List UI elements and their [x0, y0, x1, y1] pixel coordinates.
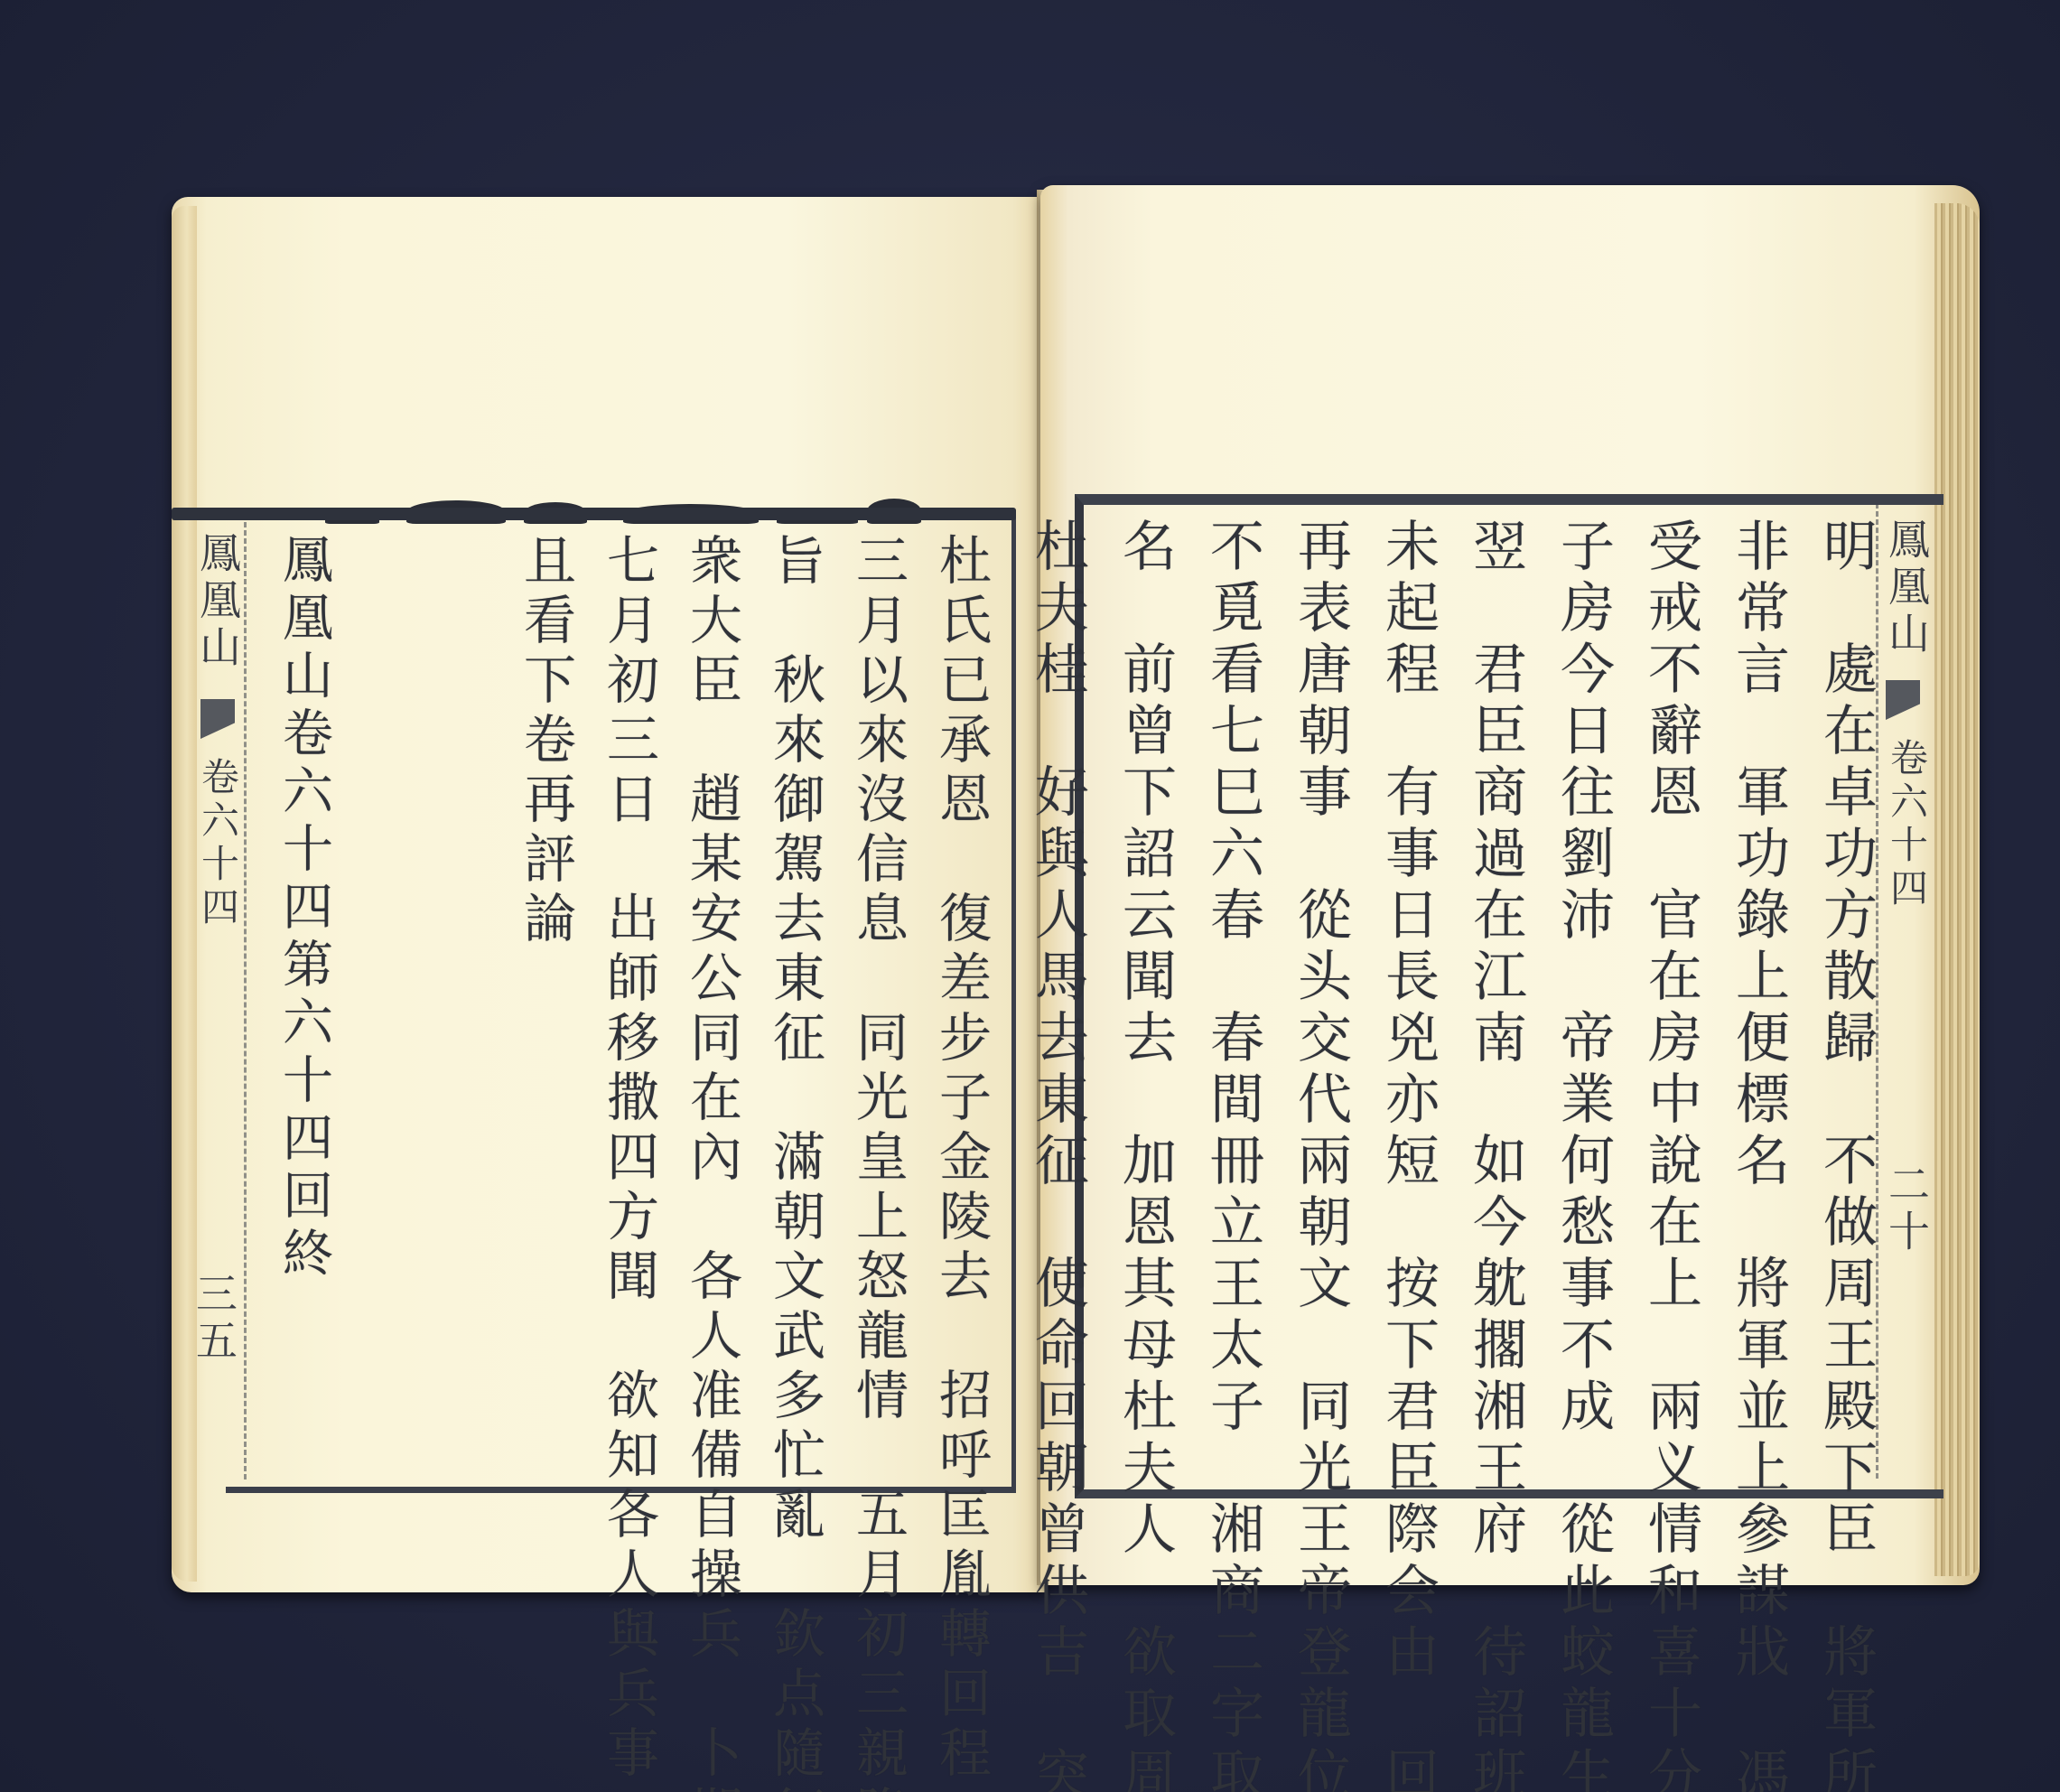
text-column: 受戒不辭恩 官在房中說在上 兩义情和喜十分 [1627, 518, 1714, 1466]
open-book: 鳳凰山 卷六十四 三五 杜氏已承恩 復差步子金陵去 招呼匡胤轉回程 三月以來沒信… [0, 0, 2060, 1792]
fishtail-mark [1886, 675, 1920, 729]
text-column: 七月初三日 出師移撒四方聞 欲知各人與兵事 [587, 533, 670, 1472]
text-column: 非常言 軍功錄上便標名 將軍並上參謀戕 馮公 [1714, 518, 1802, 1466]
text-column: 且看下卷再評論 [504, 533, 587, 1472]
left-page: 鳳凰山 卷六十四 三五 杜氏已承恩 復差步子金陵去 招呼匡胤轉回程 三月以來沒信… [172, 197, 1048, 1592]
margin-volume: 卷六十四 [196, 757, 240, 930]
blank-space [345, 533, 504, 1472]
fishtail-mark [200, 694, 235, 748]
left-page-edge [172, 206, 197, 1582]
margin-title: 鳳凰山 [193, 531, 242, 672]
text-column: 再表唐朝事 從头交代兩朝文 同光王帝登龍位 [1276, 518, 1364, 1466]
text-column: 杜氏已承恩 復差步子金陵去 招呼匡胤轉回程 [919, 533, 1002, 1472]
text-column: 未起程 有事日長兇亦短 按下君臣際会由 回文 [1364, 518, 1451, 1466]
right-page: 鳳凰山 卷六十四 二十 明 處在卓功方散歸 不做周王殿下臣 將軍所說 非常言 軍… [1040, 185, 1980, 1585]
right-text-columns: 明 處在卓功方散歸 不做周王殿下臣 將軍所說 非常言 軍功錄上便標名 將軍並上參… [1095, 518, 1889, 1466]
margin-title: 鳳凰山 [1882, 518, 1931, 658]
text-column: 衆大臣 趙某安公同在內 各人准備自操兵 卜期 [670, 533, 753, 1472]
text-column: 三月以來沒信息 同光皇上怒龍情 五月初三親降 [836, 533, 919, 1472]
colophon-line: 鳳凰山卷六十四第六十四回終 [262, 533, 345, 1472]
text-column: 不覓看七巳六春 春間冊立王太子 湘商二字取为 [1188, 518, 1276, 1466]
text-column: 翌 君臣商過在江南 如今躭擱湘王府 待詔班師 [1451, 518, 1539, 1466]
text-column: 杜夫桂 好與人馬去東征 使命回朝曾供吉 突人 [1013, 518, 1101, 1466]
left-margin-block: 鳳凰山 卷六十四 三五 [197, 522, 247, 1479]
folio-number: 三五 [190, 1272, 238, 1366]
margin-volume: 卷六十四 [1885, 738, 1929, 911]
text-column: 明 處在卓功方散歸 不做周王殿下臣 將軍所說 [1802, 518, 1889, 1466]
text-column: 子房今日往劉沛 帝業何愁事不成 從此蛟龍生羽 [1539, 518, 1627, 1466]
text-column: 名 前曾下詔云聞去 加恩其母杜夫人 欲取周国 [1101, 518, 1188, 1466]
text-column: 旨 秋來御駕去東征 滿朝文武多忙亂 欽点隨征 [753, 533, 836, 1472]
folio-number: 二十 [1882, 1162, 1931, 1256]
left-text-columns: 杜氏已承恩 復差步子金陵去 招呼匡胤轉回程 三月以來沒信息 同光皇上怒龍情 五月… [262, 533, 1002, 1472]
